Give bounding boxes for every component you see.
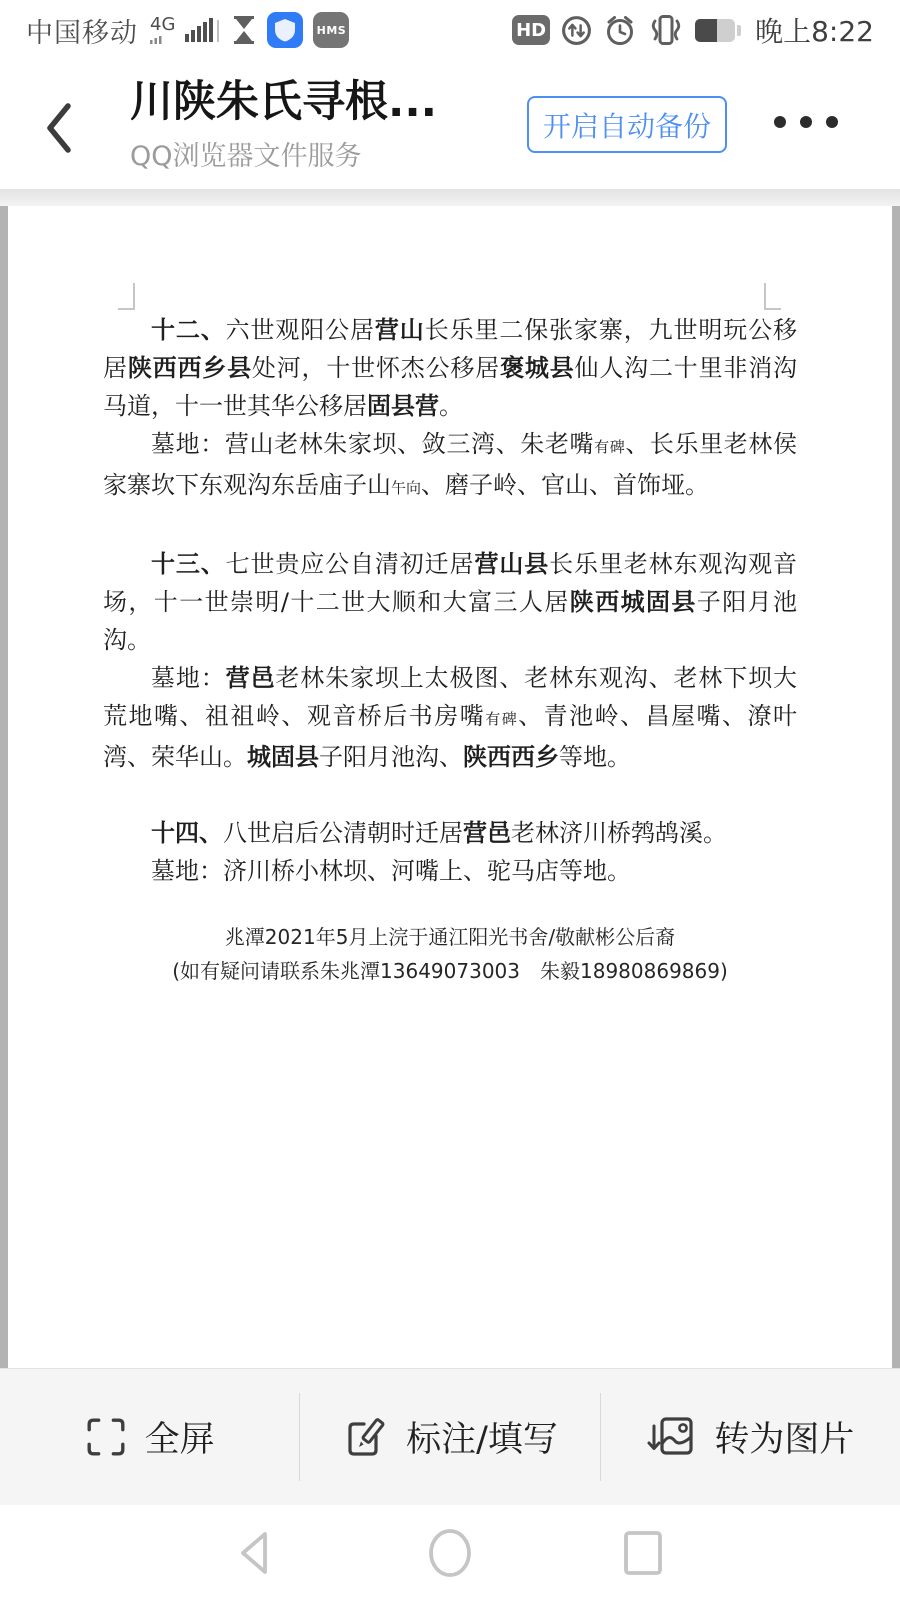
app-header: 川陕朱氏寻根... QQ浏览器文件服务 开启自动备份 — [0, 60, 900, 190]
text-run: 处河，十世怀杰公移居 — [252, 354, 500, 382]
text-run: 营邑 — [226, 664, 276, 692]
shield-icon — [274, 18, 296, 42]
text-run: 陕西城固县 — [570, 588, 697, 616]
back-button[interactable] — [42, 98, 86, 158]
text-run: 营山 — [375, 316, 425, 344]
text-run: 午向 — [391, 479, 421, 497]
text-run: 。 — [439, 392, 463, 420]
more-dot-icon — [800, 116, 812, 128]
text-run: 陕西西乡 — [463, 743, 559, 771]
home-circle-icon — [427, 1528, 473, 1578]
vibrate-icon — [647, 13, 685, 47]
doc-paragraph: 墓地：营邑老林朱家坝上太极图、老林东观沟、老林下坝大荒地嘴、祖祖岭、观音桥后书房… — [103, 659, 797, 776]
text-run: 七世贵应公自清初迁居 — [226, 550, 475, 578]
title-block: 川陕朱氏寻根... QQ浏览器文件服务 — [130, 76, 437, 173]
hd-badge: HD — [512, 15, 550, 45]
service-subtitle: QQ浏览器文件服务 — [130, 134, 437, 173]
more-menu-button[interactable] — [774, 116, 838, 128]
recents-square-icon — [620, 1529, 666, 1577]
text-run: 营山县 — [474, 550, 549, 578]
back-triangle-icon — [234, 1530, 280, 1576]
battery-fill — [695, 19, 717, 42]
phone-screen: 中国移动 4G — [0, 0, 900, 1600]
fullscreen-icon — [85, 1416, 127, 1458]
text-run: 墓地：济川桥小林坝、河嘴上、驼马店等地。 — [151, 857, 631, 885]
status-left-cluster: 中国移动 4G — [26, 11, 349, 50]
text-run: 八世启后公清朝时迁居 — [223, 819, 463, 847]
text-run: 褒城县 — [500, 354, 574, 382]
text-run: 营邑 — [463, 819, 511, 847]
text-run: 固县营 — [367, 392, 439, 420]
to-image-icon — [646, 1414, 696, 1460]
text-run: 有碑 — [594, 438, 625, 456]
text-run: 子阳月池沟、 — [319, 743, 463, 771]
more-dot-icon — [774, 116, 786, 128]
doc-footer-line: 兆潭2021年5月上浣于通江阳光书舍/敬献彬公后裔 — [103, 920, 797, 954]
text-run: 城固县 — [247, 743, 319, 771]
document-page[interactable]: 十二、六世观阳公居营山长乐里二保张家寨，九世明玩公移居陕西西乡县处河，十世怀杰公… — [8, 206, 892, 1368]
text-run: 兆潭2021年5月上浣于通江阳光书舍/敬献彬公后裔 — [225, 925, 675, 949]
text-run: 老林济川桥鹁鸪溪。 — [511, 819, 727, 847]
status-bar: 中国移动 4G — [0, 0, 900, 60]
text-run: (如有疑问请联系朱兆潭13649073003 朱毅18980869869) — [172, 959, 728, 983]
system-navbar — [0, 1505, 900, 1600]
document-title: 川陕朱氏寻根... — [130, 76, 437, 128]
doc-spacer — [103, 776, 797, 814]
alarm-clock-icon — [603, 13, 637, 47]
convert-to-image-button[interactable]: 转为图片 — [601, 1369, 900, 1505]
carrier-label: 中国移动 — [26, 11, 138, 50]
text-run: 墓地：营山老林朱家坝、敛三湾、朱老嘴 — [151, 430, 594, 458]
tool-label: 全屏 — [145, 1412, 215, 1462]
data-saver-icon — [560, 14, 593, 47]
tool-label: 标注/填写 — [406, 1412, 558, 1462]
doc-paragraph: 墓地：营山老林朱家坝、敛三湾、朱老嘴有碑、长乐里老林侯家寨坎下东观沟东岳庙子山午… — [103, 425, 797, 507]
doc-paragraph: 十三、七世贵应公自清初迁居营山县长乐里老林东观沟观音场，十一世崇明/十二世大顺和… — [103, 545, 797, 659]
document-text: 十二、六世观阳公居营山长乐里二保张家寨，九世明玩公移居陕西西乡县处河，十世怀杰公… — [103, 311, 797, 988]
text-run: 墓地： — [151, 664, 226, 692]
text-run: 十二、 — [151, 316, 226, 344]
doc-paragraph: 墓地：济川桥小林坝、河嘴上、驼马店等地。 — [103, 852, 797, 890]
back-chevron-icon — [42, 98, 76, 158]
more-dot-icon — [826, 116, 838, 128]
scroll-shadow-strip — [0, 190, 900, 206]
annotate-icon — [342, 1414, 388, 1460]
signal-bars-icon — [185, 16, 221, 44]
status-right-cluster: HD 晚上8:22 — [512, 10, 874, 50]
network-type: 4G — [150, 16, 175, 44]
status-time: 晚上8:22 — [755, 10, 874, 50]
security-app-notification-icon — [267, 12, 303, 48]
nav-recents-button[interactable] — [618, 1528, 668, 1578]
text-run: 有碑 — [485, 710, 518, 728]
doc-footer-line: (如有疑问请联系朱兆潭13649073003 朱毅18980869869) — [103, 954, 797, 988]
text-run: 陕西西乡县 — [128, 354, 252, 382]
bottom-toolbar: 全屏 标注/填写 转为图片 — [0, 1368, 900, 1505]
doc-paragraph: 十二、六世观阳公居营山长乐里二保张家寨，九世明玩公移居陕西西乡县处河，十世怀杰公… — [103, 311, 797, 425]
document-viewer: 十二、六世观阳公居营山长乐里二保张家寨，九世明玩公移居陕西西乡县处河，十世怀杰公… — [0, 206, 900, 1368]
page-corner-mark-left — [118, 283, 135, 310]
text-run: 等地。 — [559, 743, 631, 771]
doc-spacer — [103, 507, 797, 545]
text-run: 十四、 — [151, 819, 223, 847]
doc-paragraph: 十四、八世启后公清朝时迁居营邑老林济川桥鹁鸪溪。 — [103, 814, 797, 852]
nav-home-button[interactable] — [425, 1528, 475, 1578]
fullscreen-button[interactable]: 全屏 — [0, 1369, 299, 1505]
hourglass-icon — [231, 14, 257, 46]
hms-badge: HMS — [313, 12, 349, 48]
page-corner-mark-right — [764, 283, 781, 310]
hd-badge-label: HD — [516, 20, 546, 41]
auto-backup-button[interactable]: 开启自动备份 — [527, 96, 727, 153]
doc-spacer — [103, 890, 797, 920]
hms-badge-label: HMS — [317, 24, 347, 37]
nav-back-button[interactable] — [232, 1528, 282, 1578]
text-run: 十三、 — [151, 550, 226, 578]
battery-icon — [695, 19, 741, 42]
text-run: 、磨子岭、官山、首饰垭。 — [421, 471, 709, 499]
tool-label: 转为图片 — [714, 1412, 854, 1462]
network-type-label: 4G — [150, 16, 175, 34]
text-run: 六世观阳公居 — [226, 316, 375, 344]
mini-signal-icon — [150, 34, 164, 44]
annotate-button[interactable]: 标注/填写 — [300, 1369, 599, 1505]
